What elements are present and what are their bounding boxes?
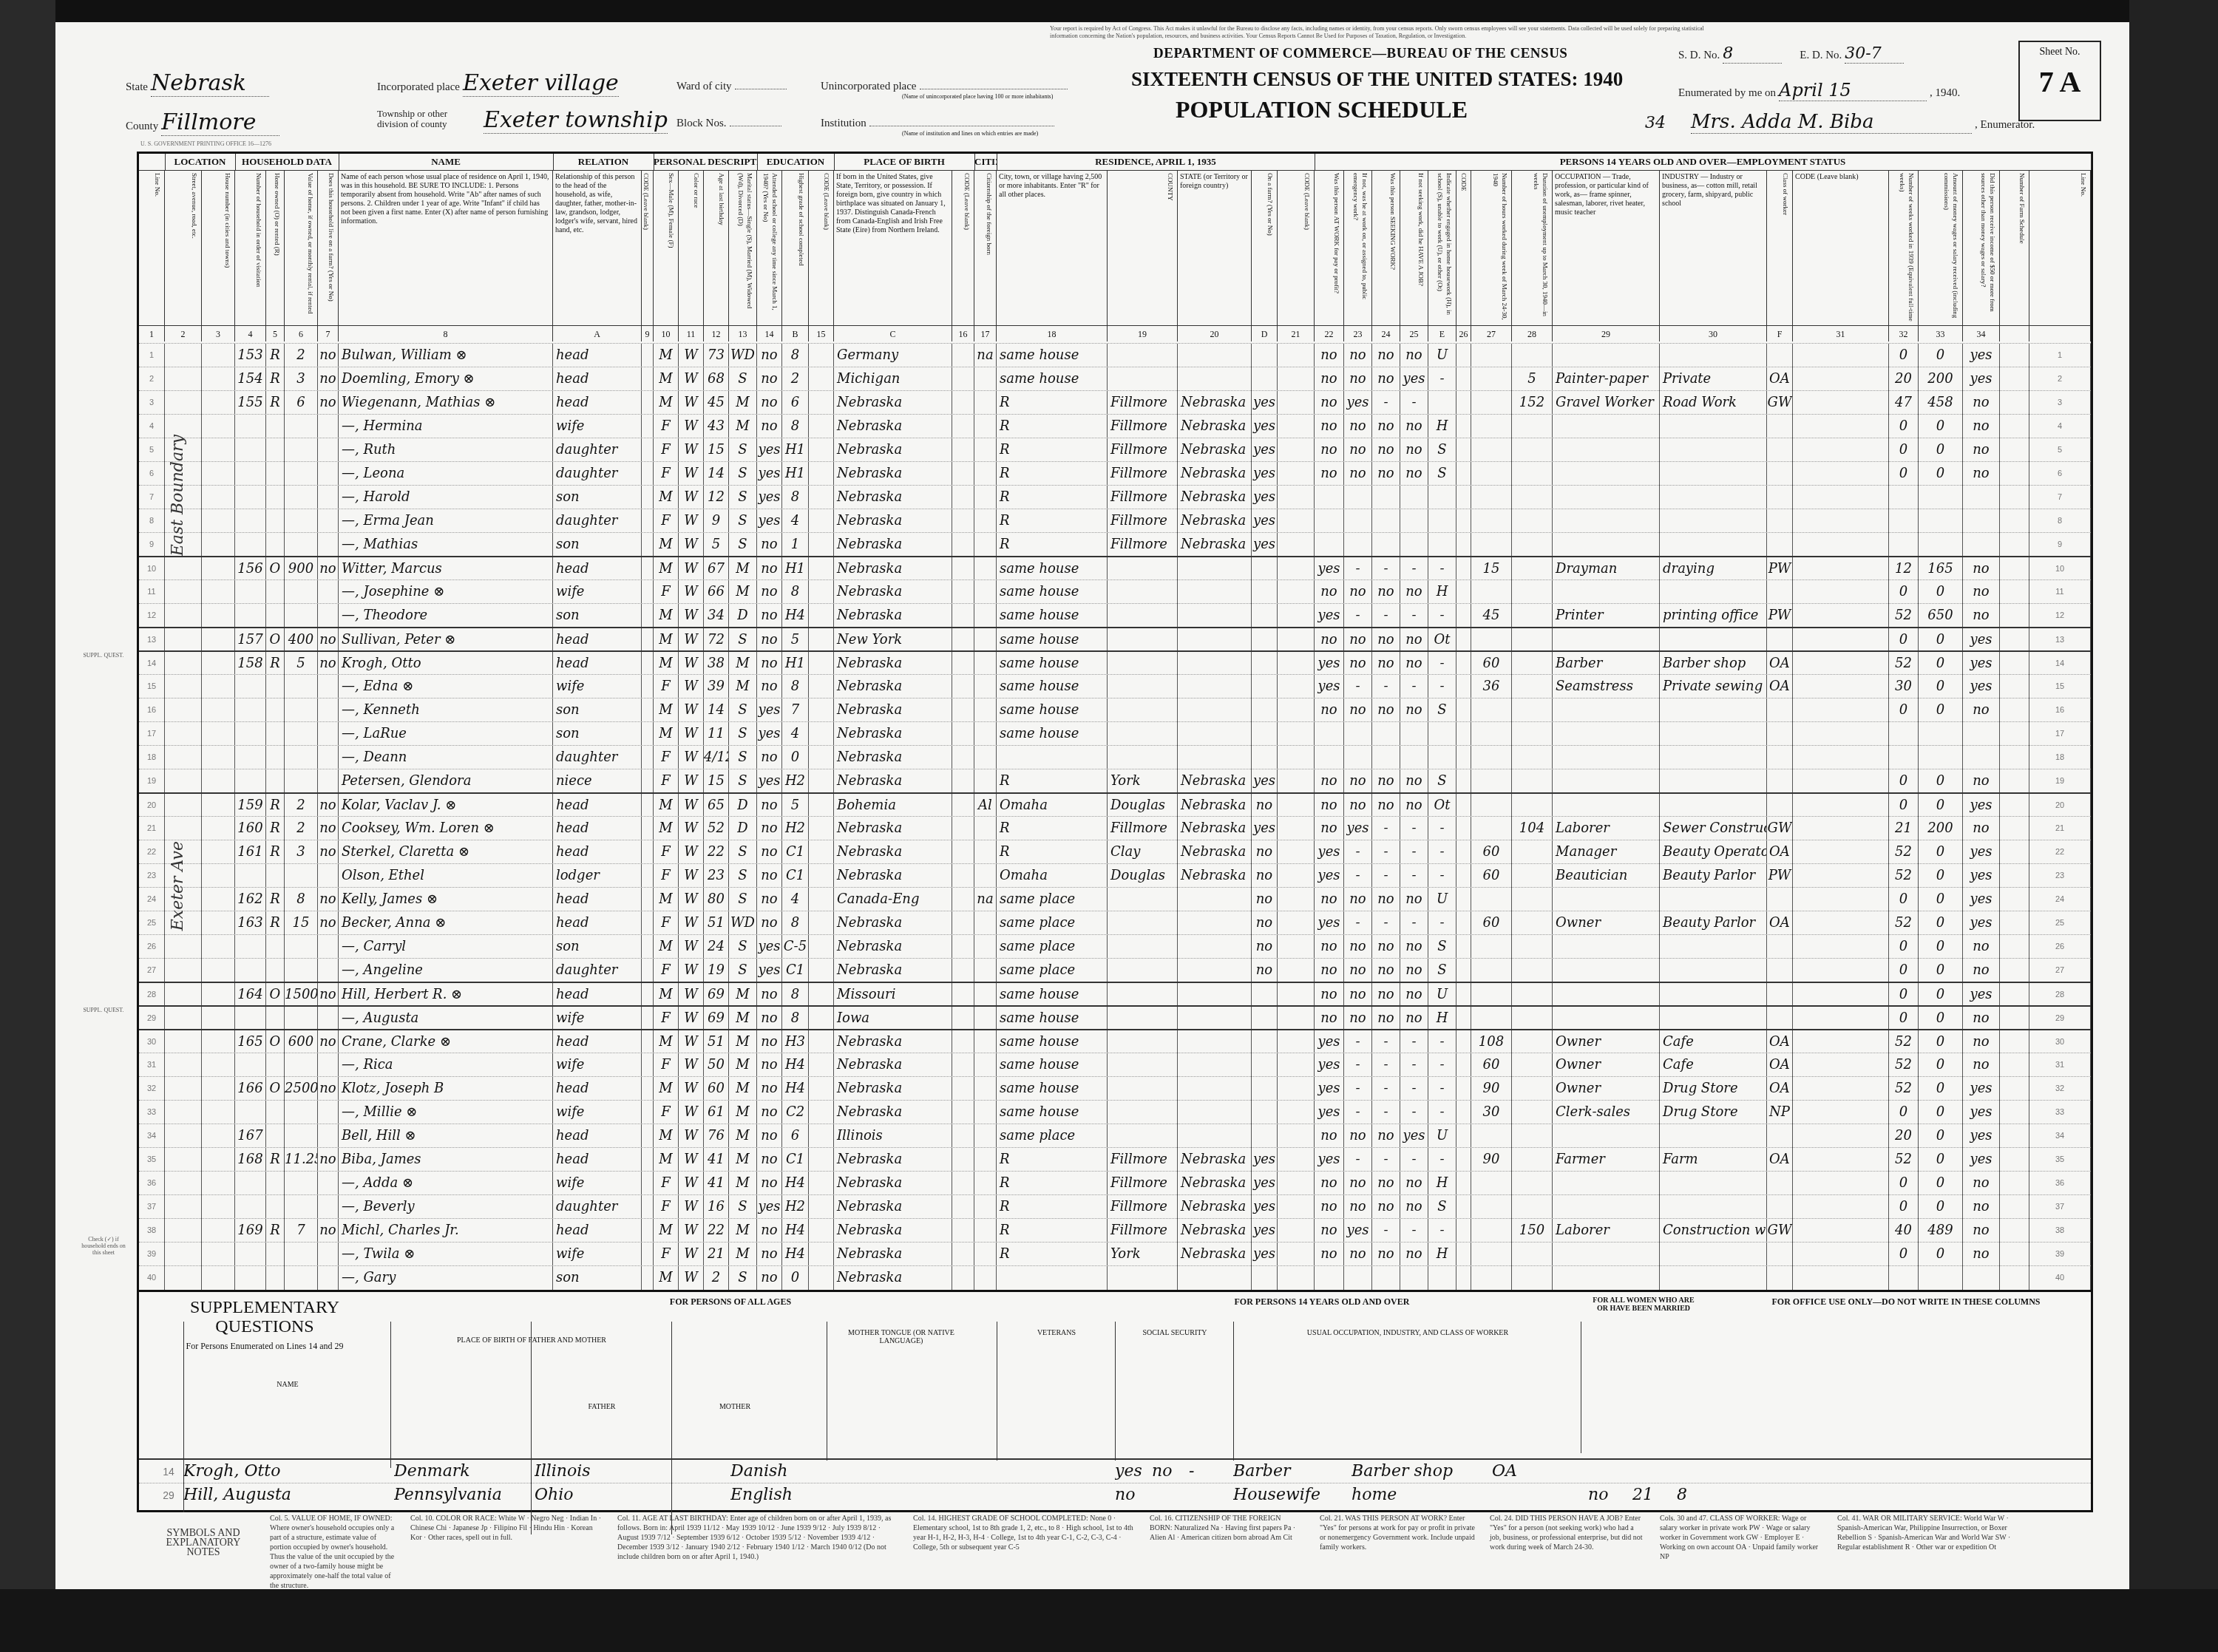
table-row: 20159R2noKolar, Vaclav J. ⊗headMW65Dno5B… xyxy=(139,792,2091,817)
cell-sch: no xyxy=(757,1053,782,1077)
cell-grade: C1 xyxy=(782,1148,809,1172)
cell-res_city: same house xyxy=(997,628,1108,652)
column-header-cD: CODE (Leave blank) xyxy=(1278,170,1315,325)
cell-res_county xyxy=(1108,1266,1178,1290)
cell-birth: Nebraska xyxy=(834,438,952,462)
cell-w21: yes xyxy=(1315,840,1344,864)
code-cell xyxy=(952,391,974,415)
line-number: 5 xyxy=(139,438,165,462)
cell-ind: Construction work xyxy=(1660,1219,1767,1243)
line-number: 39 xyxy=(2029,1243,2091,1266)
cell-rel: head xyxy=(553,1124,642,1148)
cell-name: Krogh, Otto xyxy=(339,652,553,676)
cell-res_city: same house xyxy=(997,1077,1108,1101)
column-number: C xyxy=(834,325,952,341)
cell-hrs xyxy=(1471,769,1512,793)
cell-res_farm: yes xyxy=(1252,533,1278,557)
incorporated-value: Exeter village xyxy=(463,70,619,97)
cell-cls: GW xyxy=(1767,391,1793,415)
cell-cit xyxy=(974,1148,997,1172)
cell-grade: 8 xyxy=(782,486,809,509)
cell-w25: S xyxy=(1428,462,1456,486)
cell-visit: 163 xyxy=(235,911,266,935)
cell-wages: 0 xyxy=(1919,1007,1963,1030)
table-row: 16—, KennethsonMW14Syes7Nebraskasame hou… xyxy=(139,698,2091,722)
population-schedule-table: LOCATIONHOUSEHOLD DATANAMERELATIONPERSON… xyxy=(137,152,2093,1294)
cell-other: yes xyxy=(1963,675,2000,698)
cell-cit xyxy=(974,1172,997,1195)
cell-w23 xyxy=(1372,486,1400,509)
cell-cit xyxy=(974,1243,997,1266)
cell-w21: no xyxy=(1315,935,1344,959)
cell-weeks: 0 xyxy=(1889,983,1919,1007)
cell-w21 xyxy=(1315,1266,1344,1290)
column-header-unemp: Duration of unemployment up to March 30,… xyxy=(1512,170,1553,325)
cell-tenure: R xyxy=(266,1148,285,1172)
code-cell xyxy=(202,438,235,462)
cell-sex: F xyxy=(654,1195,679,1219)
cell-w23: no xyxy=(1372,888,1400,911)
cell-sch: yes xyxy=(757,462,782,486)
cell-res_state: Nebraska xyxy=(1178,462,1252,486)
table-row: 23Olson, EthellodgerFW23SnoC1NebraskaOma… xyxy=(139,863,2091,888)
cell-age: 5 xyxy=(704,533,729,557)
cell-value: 11.25 xyxy=(285,1148,318,1172)
cell-unemp xyxy=(1512,959,1553,982)
cell-res_state: Nebraska xyxy=(1178,1243,1252,1266)
cell-wages: 458 xyxy=(1919,391,1963,415)
line-number: 17 xyxy=(2029,722,2091,746)
line-number: 27 xyxy=(2029,959,2091,982)
cell-race: W xyxy=(679,959,704,982)
cell-name: Cooksey, Wm. Loren ⊗ xyxy=(339,817,553,840)
incorporated-field: Incorporated place Exeter village xyxy=(377,70,619,97)
cell-mar: S xyxy=(729,722,757,746)
code-cell xyxy=(809,533,834,557)
cell-cls xyxy=(1767,580,1793,604)
line-number: 14 xyxy=(139,652,165,676)
code-cell xyxy=(1456,1053,1471,1077)
code-cell xyxy=(2000,462,2029,486)
cell-birth: Nebraska xyxy=(834,1148,952,1172)
column-header-cit: Citizenship of the foreign born xyxy=(974,170,997,325)
column-number: 20 xyxy=(1178,325,1252,341)
cell-res_state: Nebraska xyxy=(1178,794,1252,817)
cell-farm xyxy=(318,462,339,486)
cell-race: W xyxy=(679,1007,704,1030)
cell-res_state xyxy=(1178,367,1252,391)
code-cell xyxy=(642,391,654,415)
cell-farm xyxy=(318,604,339,628)
cell-race: W xyxy=(679,794,704,817)
cell-hrs xyxy=(1471,344,1512,367)
cell-weeks: 0 xyxy=(1889,698,1919,722)
cell-wages xyxy=(1919,533,1963,557)
code-cell xyxy=(642,604,654,628)
cell-sch: yes xyxy=(757,509,782,533)
cell-visit: 159 xyxy=(235,794,266,817)
cell-w23 xyxy=(1372,722,1400,746)
cell-w24: no xyxy=(1400,1195,1428,1219)
code-cell xyxy=(2000,1124,2029,1148)
code-cell xyxy=(1278,911,1315,935)
cell-w21: yes xyxy=(1315,675,1344,698)
line-number: 36 xyxy=(2029,1172,2091,1195)
code-cell xyxy=(202,415,235,438)
code-cell xyxy=(642,415,654,438)
cell-cls xyxy=(1767,1243,1793,1266)
cell-unemp xyxy=(1512,983,1553,1007)
line-number: 21 xyxy=(139,817,165,840)
code-cell xyxy=(809,438,834,462)
code-cell xyxy=(2000,367,2029,391)
code-cell xyxy=(1278,344,1315,367)
line-number: 13 xyxy=(139,628,165,652)
table-row: 30165O600noCrane, Clarke ⊗headMW51MnoH3N… xyxy=(139,1029,2091,1054)
code-cell xyxy=(1793,486,1889,509)
cell-value xyxy=(285,604,318,628)
cell-occ xyxy=(1553,486,1660,509)
code-cell xyxy=(1456,698,1471,722)
code-cell xyxy=(1456,344,1471,367)
code-cell xyxy=(1278,415,1315,438)
line-number: 25 xyxy=(139,911,165,935)
cell-sex: M xyxy=(654,486,679,509)
code-cell xyxy=(165,652,202,676)
cell-race: W xyxy=(679,746,704,769)
cell-wages: 200 xyxy=(1919,367,1963,391)
cell-value: 900 xyxy=(285,557,318,581)
cell-res_state xyxy=(1178,557,1252,581)
cell-race: W xyxy=(679,675,704,698)
cell-other: no xyxy=(1963,817,2000,840)
cell-w24: - xyxy=(1400,840,1428,864)
cell-visit: 169 xyxy=(235,1219,266,1243)
code-cell xyxy=(1278,1124,1315,1148)
cell-ind xyxy=(1660,935,1767,959)
cell-w22: - xyxy=(1344,1101,1372,1124)
cell-grade: 1 xyxy=(782,533,809,557)
cell-res_state: Nebraska xyxy=(1178,1219,1252,1243)
cell-other: no xyxy=(1963,1007,2000,1030)
cell-w24: - xyxy=(1400,1101,1428,1124)
cell-w24 xyxy=(1400,722,1428,746)
cell-race: W xyxy=(679,438,704,462)
cell-sex: F xyxy=(654,769,679,793)
group-header-personal: PERSONAL DESCRIPTION xyxy=(654,154,758,170)
cell-res_city: Omaha xyxy=(997,794,1108,817)
column-header-res_state: STATE (or Territory or foreign country) xyxy=(1178,170,1252,325)
cell-w21: yes xyxy=(1315,864,1344,888)
cell-res_county xyxy=(1108,367,1178,391)
cell-w21: yes xyxy=(1315,1077,1344,1101)
code-cell xyxy=(1793,580,1889,604)
cell-other xyxy=(1963,486,2000,509)
cell-hrs: 60 xyxy=(1471,840,1512,864)
cell-age: 22 xyxy=(704,1219,729,1243)
cell-sch: no xyxy=(757,604,782,628)
column-header-hrs: Number of hours worked during week of Ma… xyxy=(1471,170,1512,325)
cell-hrs xyxy=(1471,391,1512,415)
cell-res_farm xyxy=(1252,604,1278,628)
cell-res_farm xyxy=(1252,1030,1278,1054)
cell-w24: - xyxy=(1400,391,1428,415)
household-ends-checkbox: Check (✓) if household ends on this shee… xyxy=(81,1236,126,1256)
cell-hrs xyxy=(1471,1243,1512,1266)
cell-rel: wife xyxy=(553,675,642,698)
cell-res_county xyxy=(1108,675,1178,698)
cell-weeks xyxy=(1889,486,1919,509)
cell-w25: - xyxy=(1428,1053,1456,1077)
cell-occ xyxy=(1553,1243,1660,1266)
cell-race: W xyxy=(679,1243,704,1266)
cell-visit xyxy=(235,1172,266,1195)
code-cell xyxy=(202,769,235,793)
cell-sex: F xyxy=(654,1172,679,1195)
code-cell xyxy=(1456,1243,1471,1266)
cell-farm: no xyxy=(318,911,339,935)
cell-sex: F xyxy=(654,1243,679,1266)
cell-tenure: R xyxy=(266,391,285,415)
census-title: SIXTEENTH CENSUS OF THE UNITED STATES: 1… xyxy=(1131,68,1623,91)
cell-visit: 168 xyxy=(235,1148,266,1172)
cell-res_city: same house xyxy=(997,652,1108,676)
cell-race: W xyxy=(679,817,704,840)
cell-race: W xyxy=(679,888,704,911)
cell-w21: yes xyxy=(1315,604,1344,628)
cell-unemp xyxy=(1512,652,1553,676)
code-cell xyxy=(1793,722,1889,746)
cell-cit xyxy=(974,698,997,722)
cell-birth: Germany xyxy=(834,344,952,367)
cell-ind xyxy=(1660,462,1767,486)
code-cell xyxy=(952,1243,974,1266)
cell-cit xyxy=(974,840,997,864)
cell-res_farm: no xyxy=(1252,864,1278,888)
cell-rel: head xyxy=(553,911,642,935)
column-number: 12 xyxy=(704,325,729,341)
column-header-line2: Line No. xyxy=(2029,170,2091,325)
code-cell xyxy=(642,1053,654,1077)
cell-age: 76 xyxy=(704,1124,729,1148)
column-header-w23: Was this person SEEKING WORK? xyxy=(1372,170,1400,325)
cell-sex: M xyxy=(654,888,679,911)
cell-birth: Nebraska xyxy=(834,580,952,604)
cell-name: Hill, Herbert R. ⊗ xyxy=(339,983,553,1007)
cell-hrs: 60 xyxy=(1471,1053,1512,1077)
cell-w25: - xyxy=(1428,864,1456,888)
code-cell xyxy=(1793,367,1889,391)
cell-age: 45 xyxy=(704,391,729,415)
cell-grade: H4 xyxy=(782,1219,809,1243)
cell-w23: - xyxy=(1372,1077,1400,1101)
cell-name: —, Harold xyxy=(339,486,553,509)
column-header-name: Name of each person whose usual place of… xyxy=(339,170,553,325)
cell-unemp xyxy=(1512,1243,1553,1266)
cell-unemp xyxy=(1512,462,1553,486)
code-cell xyxy=(642,1219,654,1243)
cell-res_city: R xyxy=(997,438,1108,462)
cell-w24: - xyxy=(1400,604,1428,628)
cell-race: W xyxy=(679,415,704,438)
code-cell xyxy=(809,698,834,722)
cell-sch: no xyxy=(757,794,782,817)
code-cell xyxy=(2000,911,2029,935)
cell-w21: no xyxy=(1315,1243,1344,1266)
cell-sch: no xyxy=(757,888,782,911)
code-cell xyxy=(2000,746,2029,769)
code-cell xyxy=(952,864,974,888)
line-number: 20 xyxy=(2029,794,2091,817)
cell-visit xyxy=(235,438,266,462)
cell-weeks: 0 xyxy=(1889,462,1919,486)
table-row: 34167Bell, Hill ⊗headMW76Mno6Illinoissam… xyxy=(139,1124,2091,1148)
cell-age: 14 xyxy=(704,698,729,722)
cell-grade: 5 xyxy=(782,628,809,652)
cell-other: yes xyxy=(1963,1148,2000,1172)
cell-sex: F xyxy=(654,1053,679,1077)
cell-sch: no xyxy=(757,1030,782,1054)
cell-visit: 166 xyxy=(235,1077,266,1101)
code-cell xyxy=(202,888,235,911)
code-cell xyxy=(952,1172,974,1195)
column-header-visit: Number of household in order of visitati… xyxy=(235,170,266,325)
line-number: 4 xyxy=(2029,415,2091,438)
code-cell xyxy=(1278,698,1315,722)
column-header-occ: OCCUPATION — Trade, profession, or parti… xyxy=(1553,170,1660,325)
cell-tenure xyxy=(266,1053,285,1077)
code-cell xyxy=(1278,864,1315,888)
table-row: 9—, MathiassonMW5Sno1NebraskaRFillmoreNe… xyxy=(139,532,2091,557)
cell-res_county: Fillmore xyxy=(1108,1148,1178,1172)
cell-w22: - xyxy=(1344,1030,1372,1054)
cell-value xyxy=(285,1195,318,1219)
cell-res_county: Douglas xyxy=(1108,794,1178,817)
cell-w22: no xyxy=(1344,698,1372,722)
code-cell xyxy=(1793,746,1889,769)
cell-name: —, Theodore xyxy=(339,604,553,628)
cell-res_farm xyxy=(1252,1077,1278,1101)
code-cell xyxy=(952,344,974,367)
cell-value xyxy=(285,959,318,982)
code-cell xyxy=(809,769,834,793)
cell-cit xyxy=(974,1053,997,1077)
cell-res_city xyxy=(997,746,1108,769)
cell-weeks: 21 xyxy=(1889,817,1919,840)
cell-w25: - xyxy=(1428,652,1456,676)
film-border-top xyxy=(0,0,2218,22)
cell-hrs xyxy=(1471,1124,1512,1148)
cell-birth: New York xyxy=(834,628,952,652)
cell-w24 xyxy=(1400,509,1428,533)
cell-w23: - xyxy=(1372,1219,1400,1243)
cell-res_city: R xyxy=(997,769,1108,793)
code-cell xyxy=(809,959,834,982)
code-cell xyxy=(642,344,654,367)
line-number: 28 xyxy=(2029,983,2091,1007)
cell-w22 xyxy=(1344,509,1372,533)
cell-name: —, Rica xyxy=(339,1053,553,1077)
cell-tenure: R xyxy=(266,652,285,676)
cell-wages xyxy=(1919,1266,1963,1290)
cell-w24 xyxy=(1400,1266,1428,1290)
code-cell xyxy=(1278,391,1315,415)
film-border-bottom xyxy=(0,1589,2218,1652)
cell-cls: OA xyxy=(1767,1053,1793,1077)
column-header-cF: CODE (Leave blank) xyxy=(1793,170,1889,325)
cell-res_state xyxy=(1178,675,1252,698)
cell-occ: Clerk-sales xyxy=(1553,1101,1660,1124)
cell-res_farm xyxy=(1252,675,1278,698)
cell-race: W xyxy=(679,391,704,415)
cell-wages: 0 xyxy=(1919,935,1963,959)
cell-sex: M xyxy=(654,722,679,746)
cell-w22 xyxy=(1344,533,1372,557)
cell-rel: daughter xyxy=(553,746,642,769)
cell-cit xyxy=(974,533,997,557)
code-cell xyxy=(642,888,654,911)
cell-other: yes xyxy=(1963,840,2000,864)
cell-cit xyxy=(974,817,997,840)
cell-race: W xyxy=(679,1172,704,1195)
cell-ind: Road Work xyxy=(1660,391,1767,415)
cell-other: no xyxy=(1963,959,2000,982)
cell-name: Petersen, Glendora xyxy=(339,769,553,793)
cell-visit: 154 xyxy=(235,367,266,391)
cell-rel: wife xyxy=(553,1101,642,1124)
code-cell xyxy=(2000,1148,2029,1172)
cell-w23: - xyxy=(1372,557,1400,581)
cell-ind xyxy=(1660,486,1767,509)
cell-mar: S xyxy=(729,864,757,888)
cell-cls: OA xyxy=(1767,1030,1793,1054)
table-row: 36—, Adda ⊗wifeFW41MnoH4NebraskaRFillmor… xyxy=(139,1171,2091,1195)
cell-value: 8 xyxy=(285,888,318,911)
cell-sex: M xyxy=(654,533,679,557)
group-header-residence: RESIDENCE, APRIL 1, 1935 xyxy=(997,154,1315,170)
cell-res_city xyxy=(997,1266,1108,1290)
code-cell xyxy=(165,391,202,415)
cell-w21: no xyxy=(1315,698,1344,722)
line-number: 3 xyxy=(2029,391,2091,415)
code-cell xyxy=(2000,983,2029,1007)
cell-tenure xyxy=(266,438,285,462)
code-cell xyxy=(1456,1124,1471,1148)
cell-rel: head xyxy=(553,1219,642,1243)
code-cell xyxy=(1456,509,1471,533)
cell-tenure xyxy=(266,533,285,557)
cell-res_city: same house xyxy=(997,1101,1108,1124)
cell-age: 60 xyxy=(704,1077,729,1101)
line-number: 20 xyxy=(139,794,165,817)
cell-hrs xyxy=(1471,888,1512,911)
cell-weeks: 52 xyxy=(1889,911,1919,935)
cell-occ xyxy=(1553,888,1660,911)
cell-w25 xyxy=(1428,1266,1456,1290)
cell-sex: F xyxy=(654,1007,679,1030)
cell-wages: 0 xyxy=(1919,462,1963,486)
cell-grade: C1 xyxy=(782,840,809,864)
cell-cls: OA xyxy=(1767,840,1793,864)
code-cell xyxy=(642,652,654,676)
cell-res_county xyxy=(1108,1077,1178,1101)
cell-race: W xyxy=(679,1101,704,1124)
cell-ind: Drug Store xyxy=(1660,1077,1767,1101)
cell-res_county xyxy=(1108,1030,1178,1054)
cell-w25: - xyxy=(1428,1030,1456,1054)
cell-res_farm: yes xyxy=(1252,462,1278,486)
code-cell xyxy=(952,722,974,746)
